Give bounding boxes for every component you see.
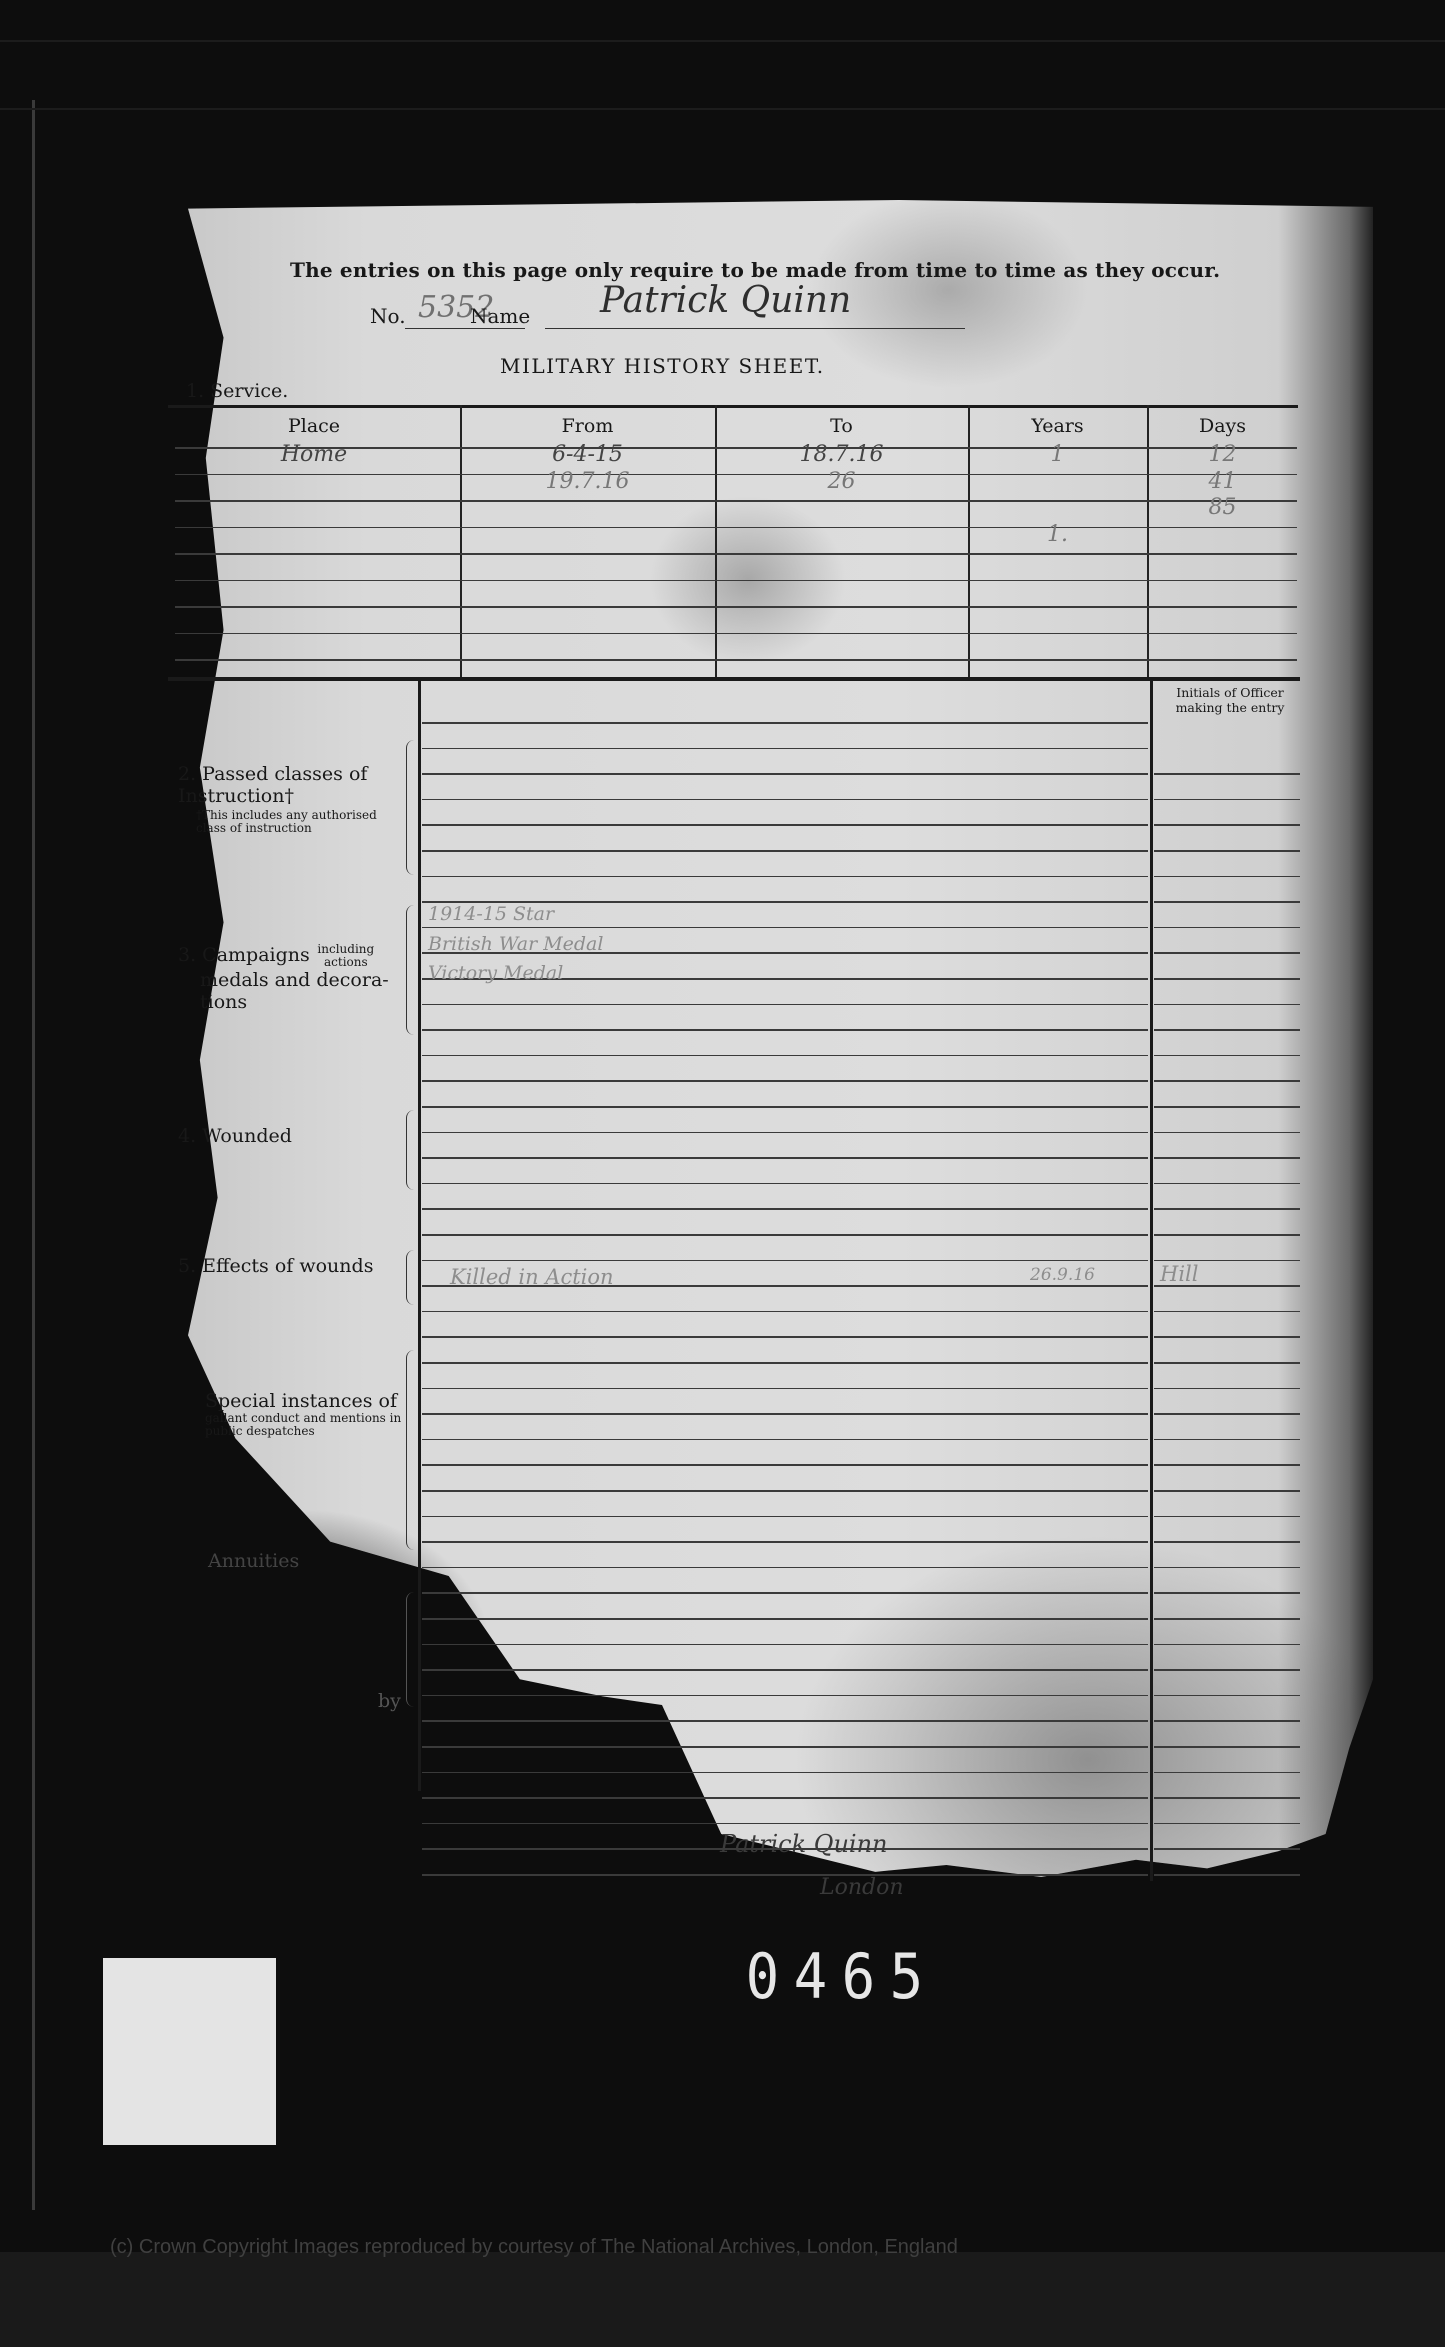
effects-date: 26.9.16 [1030, 1265, 1095, 1285]
ruled-line [422, 1746, 1148, 1748]
footer-handwriting-name: Patrick Quinn [720, 1830, 888, 1858]
medal-1914-15-star: 1914-15 Star [428, 903, 554, 925]
effects-initials: Hill [1160, 1262, 1198, 1286]
number-line [405, 328, 525, 329]
table-row-line [175, 500, 1297, 502]
name-label: Name [470, 304, 530, 328]
scan-bottom-band [0, 2252, 1445, 2347]
ruled-line-initials [1154, 1029, 1300, 1031]
ruled-line [422, 824, 1148, 826]
ruled-line-initials [1154, 850, 1300, 852]
instruction-note: †This includes any authorised class of i… [196, 809, 403, 835]
ruled-line-initials [1154, 1567, 1300, 1569]
ruled-line [422, 1490, 1148, 1492]
medal-victory: Victory Medal [428, 962, 563, 984]
ruled-line-initials [1154, 1592, 1300, 1594]
film-edge [32, 100, 35, 2210]
ruled-line-initials [1154, 1080, 1300, 1082]
header-note: The entries on this page only require to… [290, 258, 1220, 282]
ruled-line-initials [1154, 773, 1300, 775]
ruled-line [422, 1080, 1148, 1082]
ruled-line-initials [1154, 1644, 1300, 1646]
table-cell-years: 1 [968, 442, 1147, 467]
table-header-to: To [715, 415, 968, 437]
ruled-line [422, 1874, 1148, 1876]
ruled-line [422, 1234, 1148, 1236]
table-cell-days: 41 [1147, 469, 1298, 494]
ruled-line [422, 1029, 1148, 1031]
ruled-line-initials [1154, 1746, 1300, 1748]
ruled-line [422, 1644, 1148, 1646]
brace [406, 1350, 415, 1550]
ruled-line-initials [1154, 952, 1300, 954]
soldier-name: Patrick Quinn [600, 280, 851, 321]
ruled-line-initials [1154, 1823, 1300, 1825]
ruled-line-initials [1154, 978, 1300, 980]
ruled-line [422, 1695, 1148, 1697]
table-header-days: Days [1147, 415, 1298, 437]
ruled-line-initials [1154, 824, 1300, 826]
ruled-line-initials [1154, 1874, 1300, 1876]
ruled-line [422, 1669, 1148, 1671]
footer-handwriting-place: London [820, 1875, 904, 1900]
sheet-title: MILITARY HISTORY SHEET. [500, 354, 825, 378]
ruled-line [422, 1772, 1148, 1774]
entries-left-rule [418, 681, 421, 1791]
ruled-line-initials [1154, 1157, 1300, 1159]
ruled-line-initials [1154, 1362, 1300, 1364]
ruled-line [422, 1464, 1148, 1466]
ruled-line-initials [1154, 1336, 1300, 1338]
ruled-line-initials [1154, 1439, 1300, 1441]
number-label: No. [370, 304, 406, 328]
ruled-line-initials [1154, 1106, 1300, 1108]
ruled-line [422, 799, 1148, 801]
table-cell-to: 26 [715, 469, 968, 494]
ruled-line [422, 1362, 1148, 1364]
ruled-line [422, 1439, 1148, 1441]
ruled-line [422, 1797, 1148, 1799]
ruled-line-initials [1154, 901, 1300, 903]
brace [406, 1110, 415, 1190]
medal-british-war: British War Medal [428, 933, 603, 955]
name-line [545, 328, 965, 329]
section-by: by [378, 1690, 401, 1712]
ruled-line-initials [1154, 1208, 1300, 1210]
ruled-line-initials [1154, 1388, 1300, 1390]
ruled-line-initials [1154, 1541, 1300, 1543]
ruled-line [422, 773, 1148, 775]
ruled-line [422, 1208, 1148, 1210]
ruled-line [422, 1413, 1148, 1415]
ruled-line-initials [1154, 1490, 1300, 1492]
brace [406, 1250, 415, 1305]
ruled-line-initials [1154, 1413, 1300, 1415]
ruled-line-initials [1154, 927, 1300, 929]
film-band [0, 108, 1445, 110]
ruled-line-initials [1154, 1695, 1300, 1697]
ruled-line [422, 722, 1148, 724]
table-cell-to: 18.7.16 [715, 442, 968, 467]
ruled-line [422, 1567, 1148, 1569]
ruled-line [422, 1516, 1148, 1518]
initials-top-rule [1152, 677, 1300, 681]
ruled-line-initials [1154, 876, 1300, 878]
ruled-line-initials [1154, 1516, 1300, 1518]
section-campaigns: 3. Campaigns including actions medals an… [178, 943, 408, 1013]
ruled-line [422, 1311, 1148, 1313]
table-bottom-rule [168, 677, 1298, 681]
ruled-line-initials [1154, 1260, 1300, 1262]
ruled-line [422, 1336, 1148, 1338]
ruled-line-initials [1154, 1311, 1300, 1313]
ruled-line [422, 1183, 1148, 1185]
ruled-line-initials [1154, 1183, 1300, 1185]
ruled-line-initials [1154, 1234, 1300, 1236]
table-row-line [175, 580, 1297, 582]
table-row-line [175, 553, 1297, 555]
section-wounded: 4. Wounded [178, 1125, 292, 1147]
brace [406, 905, 415, 1035]
ruled-line [422, 1618, 1148, 1620]
ruled-line [422, 1541, 1148, 1543]
ruled-line [422, 1260, 1148, 1262]
table-row-line [175, 633, 1297, 635]
calibration-target [103, 1958, 276, 2145]
ruled-line [422, 1720, 1148, 1722]
ruled-line [422, 1388, 1148, 1390]
ruled-line-initials [1154, 1848, 1300, 1850]
ruled-line [422, 876, 1148, 878]
table-cell-from: 19.7.16 [460, 469, 715, 494]
table-header-place: Place [168, 415, 460, 437]
campaigns-paren: including actions [316, 943, 376, 969]
film-band [0, 40, 1445, 42]
section-effects: 5. Effects of wounds [178, 1255, 373, 1277]
table-top-rule [168, 405, 1298, 408]
ruled-line-initials [1154, 1464, 1300, 1466]
ruled-line [422, 1157, 1148, 1159]
ruled-line-initials [1154, 1618, 1300, 1620]
ruled-line [422, 1106, 1148, 1108]
ruled-line-initials [1154, 799, 1300, 801]
table-header-years: Years [968, 415, 1147, 437]
table-cell-days: 12 [1147, 442, 1298, 467]
ruled-line-initials [1154, 1720, 1300, 1722]
ruled-line [422, 1055, 1148, 1057]
special-sub: gallant conduct and mentions in public d… [205, 1412, 415, 1438]
table-header-from: From [460, 415, 715, 437]
section-instruction: 2. Passed classes of Instruction† †This … [178, 763, 403, 835]
table-cell-years: 1. [968, 522, 1147, 547]
section-annuities: Annuities [208, 1550, 299, 1572]
initials-left-rule [1150, 681, 1153, 1881]
section-service-label: 1. Service. [186, 380, 288, 402]
special-label: Special instances of [205, 1390, 415, 1412]
ruled-line [422, 927, 1148, 929]
ruled-line [422, 1592, 1148, 1594]
ruled-line [422, 850, 1148, 852]
ruled-line [422, 1004, 1148, 1006]
table-row-line [175, 659, 1297, 661]
copyright-watermark: (c) Crown Copyright Images reproduced by… [110, 2236, 958, 2259]
campaigns-label-b: medals and decora- [200, 969, 408, 991]
ruled-line-initials [1154, 1004, 1300, 1006]
effects-entry: Killed in Action [450, 1265, 614, 1289]
campaigns-label: 3. Campaigns [178, 944, 310, 966]
table-cell-place: Home [168, 442, 460, 467]
brace [406, 1592, 415, 1707]
frame-counter: 0465 [746, 1940, 938, 2013]
brace [406, 740, 415, 875]
ruled-line-initials [1154, 1772, 1300, 1774]
campaigns-label-c: tions [200, 991, 408, 1013]
ruled-line [422, 748, 1148, 750]
ruled-line-initials [1154, 1669, 1300, 1671]
table-row-line [175, 606, 1297, 608]
section-special: Special instances of gallant conduct and… [205, 1390, 415, 1438]
ruled-line [422, 1823, 1148, 1825]
ruled-line-initials [1154, 1797, 1300, 1799]
table-cell-from: 6-4-15 [460, 442, 715, 467]
table-cell-days: 85 [1147, 495, 1298, 520]
instruction-label: 2. Passed classes of Instruction† [178, 763, 403, 807]
ruled-line [422, 1132, 1148, 1134]
ruled-line-initials [1154, 1055, 1300, 1057]
ruled-line-initials [1154, 1132, 1300, 1134]
initials-column-header: Initials of Officer making the entry [1160, 685, 1300, 715]
